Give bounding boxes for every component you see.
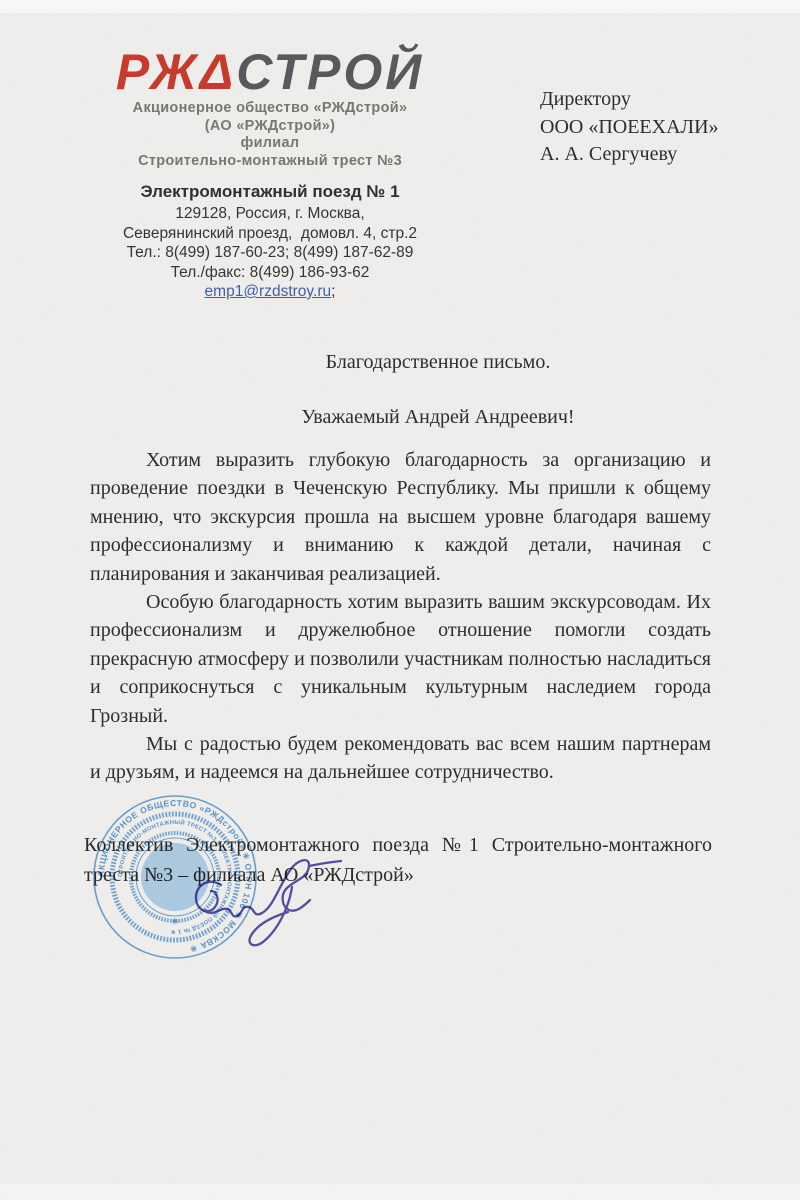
phone-line-1: Тел.: 8(499) 187-60-23; 8(499) 187-62-89 (70, 243, 470, 263)
email-suffix: ; (331, 283, 335, 300)
letter-paragraph: Мы с радостью будем рекомендовать вас вс… (90, 730, 711, 787)
organization-lines: Акционерное общество «РЖДстрой» (АО «РЖД… (70, 100, 470, 170)
email-link[interactable]: emp1@rzdstroy.ru (205, 283, 332, 300)
stamp-star-glyph: ✳ (172, 917, 179, 926)
rzdstroy-logo: РЖΔСТРОЙ (70, 46, 470, 98)
scan-edge-top (0, 0, 800, 13)
letter-paragraph: Особую благодарность хотим выразить ваши… (90, 588, 711, 730)
org-line-branch: филиал (70, 135, 470, 153)
org-line-abbrev: (АО «РЖДстрой») (70, 118, 470, 136)
letterhead: РЖΔСТРОЙ Акционерное общество «РЖДстрой»… (70, 46, 470, 302)
scanned-letter-page: РЖΔСТРОЙ Акционерное общество «РЖДстрой»… (0, 0, 800, 1200)
logo-delta-glyph: Δ (200, 44, 237, 100)
letter-salutation: Уважаемый Андрей Андреевич! (90, 406, 710, 429)
recipient-role: Директору (540, 86, 719, 114)
letter-title: Благодарственное письмо. (90, 351, 710, 374)
recipient-block: Директору ООО «ПОЕЕХАЛИ» А. А. Сергучеву (540, 86, 719, 169)
org-line-trust: Строительно-монтажный трест №3 (70, 153, 470, 171)
address-line-2: Северянинский проезд, домовл. 4, стр.2 (70, 224, 470, 244)
email-line: emp1@rzdstroy.ru; (70, 282, 470, 302)
recipient-person: А. А. Сергучеву (540, 141, 719, 169)
logo-text-gray: СТРОЙ (236, 44, 424, 100)
recipient-company: ООО «ПОЕЕХАЛИ» (540, 114, 719, 142)
letter-body: Хотим выразить глубокую благодарность за… (90, 446, 711, 787)
handwritten-signature (183, 851, 348, 953)
letter-paragraph: Хотим выразить глубокую благодарность за… (90, 446, 711, 588)
scan-edge-bottom (0, 1184, 800, 1200)
phone-line-2: Тел./факс: 8(499) 186-93-62 (70, 263, 470, 283)
contact-block: 129128, Россия, г. Москва, Северянинский… (70, 204, 470, 302)
org-line-company: Акционерное общество «РЖДстрой» (70, 100, 470, 118)
address-line-1: 129128, Россия, г. Москва, (70, 204, 470, 224)
unit-name: Электромонтажный поезд № 1 (70, 182, 470, 202)
logo-text-red: РЖ (116, 44, 200, 100)
